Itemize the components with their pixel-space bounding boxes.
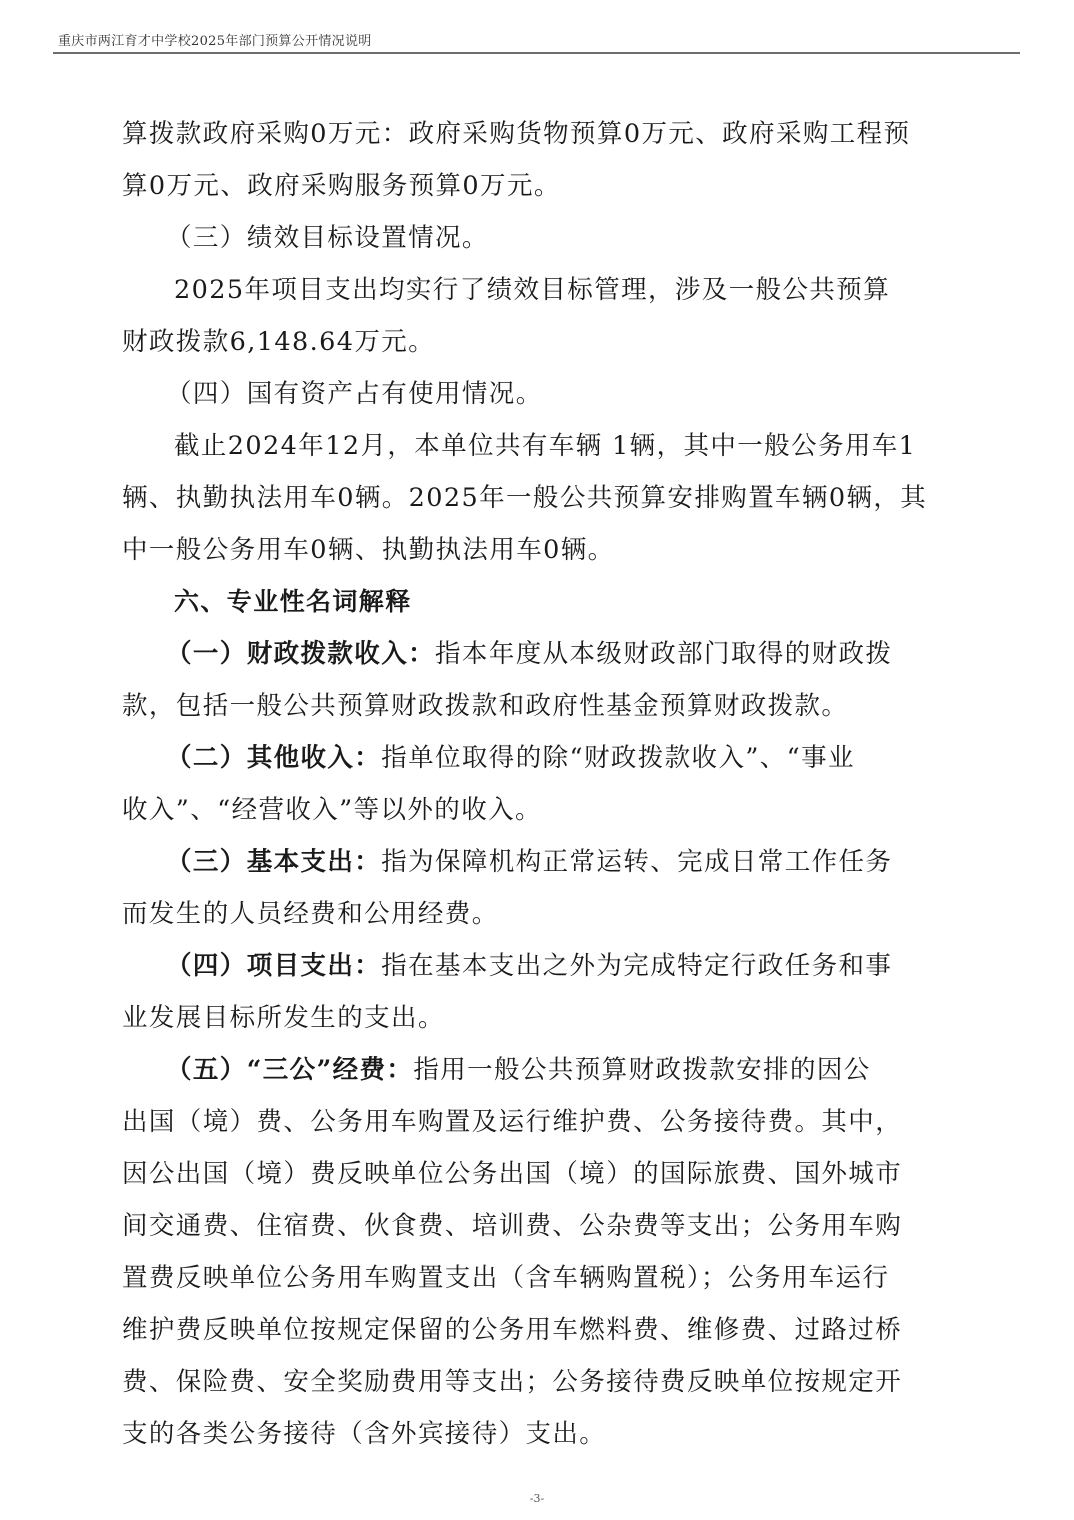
text-line: 置费反映单位公务用车购置支出（含车辆购置税）；公务用车运行	[122, 1252, 958, 1304]
term-label: （四）项目支出：	[166, 951, 381, 981]
term-definition-line: （二）其他收入：指单位取得的除“财政拨款收入”、“事业	[122, 732, 958, 784]
section-heading: 六、专业性名词解释	[122, 576, 958, 628]
text-line: 中一般公务用车0辆、执勤执法用车0辆。	[122, 524, 958, 576]
document-header-title: 重庆市两江育才中学校2025年部门预算公开情况说明	[58, 30, 372, 49]
term-text: 指本年度从本级财政部门取得的财政拨	[435, 639, 892, 669]
term-text: 指单位取得的除“财政拨款收入”、“事业	[381, 743, 855, 773]
text-line: 因公出国（境）费反映单位公务出国（境）的国际旅费、国外城市	[122, 1148, 958, 1200]
text-line: 出国（境）费、公务用车购置及运行维护费、公务接待费。其中，	[122, 1096, 958, 1148]
text-line: 辆、执勤执法用车0辆。2025年一般公共预算安排购置车辆0辆，其	[122, 472, 958, 524]
text-line: 支的各类公务接待（含外宾接待）支出。	[122, 1408, 958, 1460]
paragraph-start: 2025年项目支出均实行了绩效目标管理，涉及一般公共预算	[122, 264, 958, 316]
term-label: （五）“三公”经费：	[166, 1055, 413, 1085]
term-definition-line: （四）项目支出：指在基本支出之外为完成特定行政任务和事	[122, 940, 958, 992]
text-line: 算0万元、政府采购服务预算0万元。	[122, 160, 958, 212]
term-definition-line: （一）财政拨款收入：指本年度从本级财政部门取得的财政拨	[122, 628, 958, 680]
header-divider	[53, 52, 1020, 54]
subsection-heading: （三）绩效目标设置情况。	[122, 212, 958, 264]
term-label: （三）基本支出：	[166, 847, 381, 877]
term-text: 指为保障机构正常运转、完成日常工作任务	[381, 847, 892, 877]
term-text: 指在基本支出之外为完成特定行政任务和事	[381, 951, 892, 981]
term-label: （一）财政拨款收入：	[166, 639, 435, 669]
page-number: -3-	[0, 1492, 1074, 1505]
text-line: 算拨款政府采购0万元：政府采购货物预算0万元、政府采购工程预	[122, 108, 958, 160]
text-line: 费、保险费、安全奖励费用等支出；公务接待费反映单位按规定开	[122, 1356, 958, 1408]
term-label: （二）其他收入：	[166, 743, 381, 773]
document-body: 算拨款政府采购0万元：政府采购货物预算0万元、政府采购工程预 算0万元、政府采购…	[122, 108, 958, 1460]
text-line: 维护费反映单位按规定保留的公务用车燃料费、维修费、过路过桥	[122, 1304, 958, 1356]
text-line: 款，包括一般公共预算财政拨款和政府性基金预算财政拨款。	[122, 680, 958, 732]
paragraph-start: 截止2024年12月，本单位共有车辆 1辆，其中一般公务用车1	[122, 420, 958, 472]
text-line: 间交通费、住宿费、伙食费、培训费、公杂费等支出；公务用车购	[122, 1200, 958, 1252]
term-definition-line: （三）基本支出：指为保障机构正常运转、完成日常工作任务	[122, 836, 958, 888]
text-line: 收入”、“经营收入”等以外的收入。	[122, 784, 958, 836]
text-line: 而发生的人员经费和公用经费。	[122, 888, 958, 940]
term-text: 指用一般公共预算财政拨款安排的因公	[413, 1055, 870, 1085]
term-definition-line: （五）“三公”经费：指用一般公共预算财政拨款安排的因公	[122, 1044, 958, 1096]
text-line: 业发展目标所发生的支出。	[122, 992, 958, 1044]
text-line: 财政拨款6,148.64万元。	[122, 316, 958, 368]
subsection-heading: （四）国有资产占有使用情况。	[122, 368, 958, 420]
